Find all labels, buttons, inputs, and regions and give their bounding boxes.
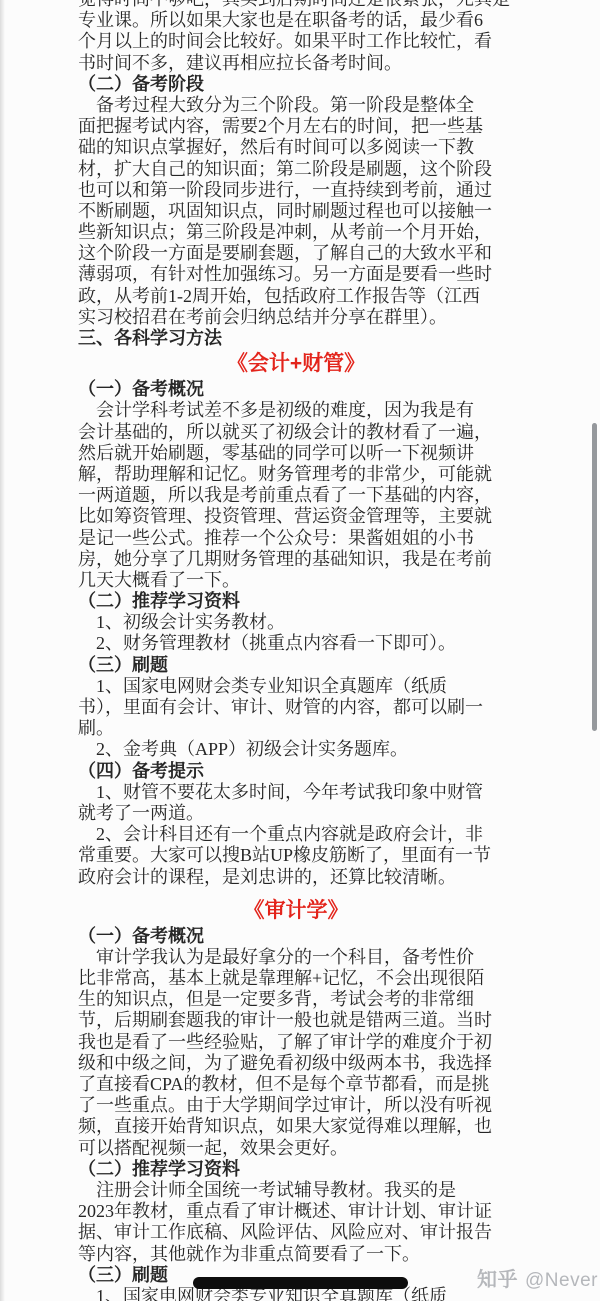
section-header: （二）推荐学习资料 — [78, 1159, 514, 1180]
doc-line: 书），里面有会计、审计、财管的内容，都可以刷一 — [78, 697, 514, 718]
doc-line: 觉得时间不够吧，其实到后期时间还是很紧张，尤其是 — [78, 0, 514, 10]
doc-line: 面把握考试内容，需要2个月左右的时间，把一些基 — [78, 116, 514, 137]
doc-line: 常重要。大家可以搜B站UP橡皮筋断了，里面有一节 — [78, 845, 514, 866]
zhihu-watermark: 知乎@Never — [477, 1263, 598, 1292]
doc-line: 会计学科考试差不多是初级的难度，因为我是有 — [78, 400, 514, 421]
section-header: （三）刷题 — [78, 655, 514, 676]
redaction-bar — [193, 1277, 408, 1289]
doc-line: 些新知识点；第三阶段是冲刺，从考前一个月开始， — [78, 222, 514, 243]
document-text: 觉得时间不够吧，其实到后期时间还是很紧张，尤其是专业课。所以如果大家也是在职备考… — [78, 0, 514, 1301]
doc-line: 我也是看了一些经验贴，了解了审计学的难度介于初 — [78, 1032, 514, 1053]
doc-line: 等内容，其他就作为非重点简要看了一下。 — [78, 1244, 514, 1265]
doc-line: 一两道题，所以我是考前重点看了一下基础的内容， — [78, 485, 514, 506]
doc-line: 2、财务管理教材（挑重点内容看一下即可）。 — [78, 633, 514, 654]
spacer — [78, 888, 514, 896]
doc-line: 据、审计工作底稿、风险评估、风险应对、审计报告 — [78, 1222, 514, 1243]
doc-line: 审计学我认为是最好拿分的一个科目，备考性价 — [78, 947, 514, 968]
doc-line: 房，她分享了几期财务管理的基础知识，我是在考前 — [78, 549, 514, 570]
doc-line: 可以搭配视频一起，效果会更好。 — [78, 1138, 514, 1159]
doc-line: 然后就开始刷题，零基础的同学可以听一下视频讲 — [78, 443, 514, 464]
doc-line: 是记一些公式。推荐一个公众号：果酱姐姐的小书 — [78, 528, 514, 549]
page-edge-shadow — [0, 0, 5, 1301]
doc-line: 节，后期刷套题我的审计一般也就是错两三道。当时 — [78, 1010, 514, 1031]
doc-line: 了一些重点。由于大学期间学过审计，所以没有听视 — [78, 1095, 514, 1116]
doc-line: 刷。 — [78, 718, 514, 739]
red-title: 《会计+财管》 — [78, 350, 514, 377]
doc-line: 实习校招君在考前会归纳总结并分享在群里）。 — [78, 307, 514, 328]
doc-line: 就考了一两道。 — [78, 803, 514, 824]
doc-line: 级和中级之间，为了避免看初级中级两本书，我选择 — [78, 1053, 514, 1074]
doc-line: 注册会计师全国统一考试辅导教材。我买的是 — [78, 1180, 514, 1201]
doc-line: 比非常高，基本上就是靠理解+记忆，不会出现很陌 — [78, 968, 514, 989]
doc-line: 也可以和第一阶段同步进行，一直持续到考前，通过 — [78, 180, 514, 201]
doc-line: 2023年教材，重点看了审计概述、审计计划、审计证 — [78, 1201, 514, 1222]
scrollbar-thumb[interactable] — [592, 423, 597, 731]
watermark-username: @Never — [525, 1270, 598, 1291]
doc-line: 不断刷题，巩固知识点，同时刷题过程也可以接触一 — [78, 201, 514, 222]
doc-line: 个月以上的时间会比较好。如果平时工作比较忙，看 — [78, 31, 514, 52]
doc-line: 这个阶段一方面是要刷套题，了解自己的大致水平和 — [78, 243, 514, 264]
section-header: （二）备考阶段 — [78, 74, 514, 95]
section-header: （四）备考提示 — [78, 761, 514, 782]
document-page: 觉得时间不够吧，其实到后期时间还是很紧张，尤其是专业课。所以如果大家也是在职备考… — [0, 0, 600, 1301]
doc-line: 2、会计科目还有一个重点内容就是政府会计，非 — [78, 824, 514, 845]
section-header: （一）备考概况 — [78, 926, 514, 947]
doc-line: 2、金考典（APP）初级会计实务题库。 — [78, 739, 514, 760]
doc-line: 薄弱项，有针对性加强练习。另一方面是要看一些时 — [78, 264, 514, 285]
doc-line: 解，帮助理解和记忆。财务管理考的非常少，可能就 — [78, 464, 514, 485]
section-header: 三、各科学习方法 — [78, 328, 514, 349]
section-header: （一）备考概况 — [78, 379, 514, 400]
doc-line: 频，直接开始背知识点，如果大家觉得难以理解，也 — [78, 1116, 514, 1137]
doc-line: 础的知识点掌握好，然后有时间可以多阅读一下教 — [78, 137, 514, 158]
doc-line: 专业课。所以如果大家也是在职备考的话，最少看6 — [78, 10, 514, 31]
doc-line: 生的知识点，但是一定要多背，考试会考的非常细 — [78, 989, 514, 1010]
doc-line: 了直接看CPA的教材，但不是每个章节都看，而是挑 — [78, 1074, 514, 1095]
zhihu-logo: 知乎 — [477, 1269, 518, 1291]
doc-line: 书时间不多，建议再相应拉长备考时间。 — [78, 53, 514, 74]
doc-line: 比如筹资管理、投资管理、营运资金管理等，主要就 — [78, 506, 514, 527]
section-header: （二）推荐学习资料 — [78, 591, 514, 612]
doc-line: 1、初级会计实务教材。 — [78, 612, 514, 633]
doc-line: 几天大概看了一下。 — [78, 570, 514, 591]
doc-line: 材，扩大自己的知识面；第二阶段是刷题，这个阶段 — [78, 159, 514, 180]
doc-line: 政府会计的课程，是刘忠讲的，还算比较清晰。 — [78, 867, 514, 888]
doc-line: 1、财管不要花太多时间，今年考试我印象中财管 — [78, 782, 514, 803]
doc-line: 政，从考前1-2周开始，包括政府工作报告等（江西 — [78, 286, 514, 307]
doc-line: 会计基础的，所以就买了初级会计的教材看了一遍， — [78, 422, 514, 443]
red-title: 《审计学》 — [78, 897, 514, 924]
doc-line: 备考过程大致分为三个阶段。第一阶段是整体全 — [78, 95, 514, 116]
doc-line: 1、国家电网财会类专业知识全真题库（纸质 — [78, 676, 514, 697]
